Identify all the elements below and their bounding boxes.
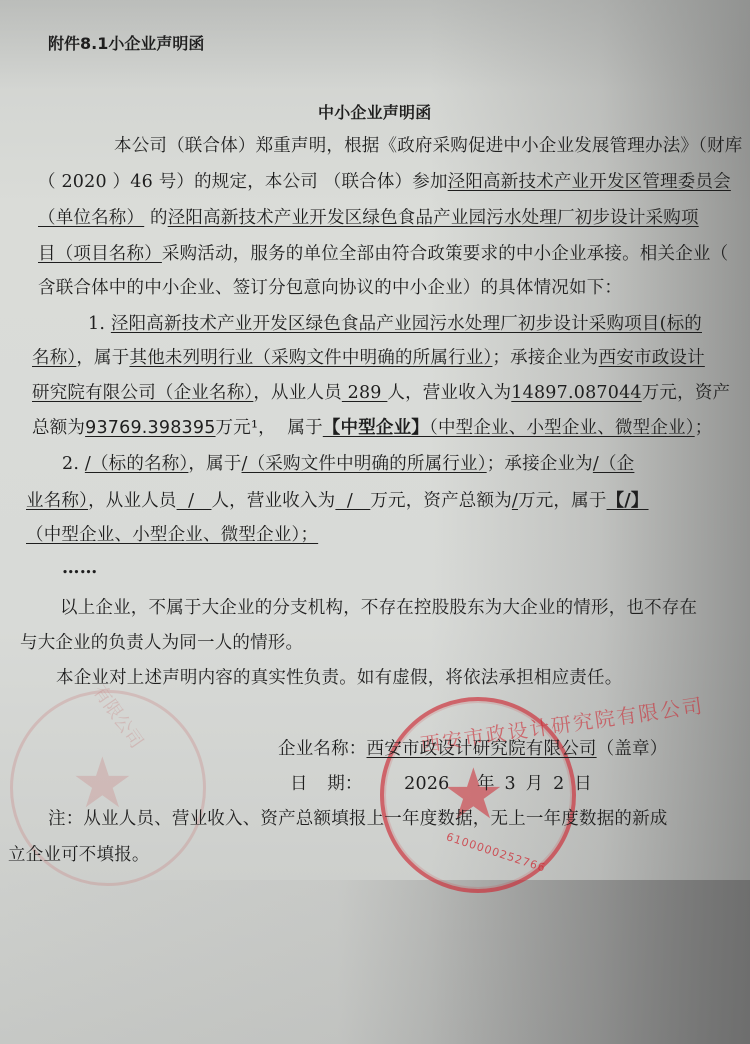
item-2-employees-suffix: 人，营业收入为 xyxy=(211,491,335,511)
signature-date-line: 日 期： 2026 年 3 月 2 日 xyxy=(290,772,592,796)
company-label: 企业名称： xyxy=(278,739,367,759)
date-month: 3 xyxy=(505,774,516,794)
intro-line-2-prefix: （ 2020 ）46 号）的规定，本公司 （联合体）参加 xyxy=(38,172,448,192)
item-2-subject: /（标的名称） xyxy=(85,454,189,474)
item-1-subject: 泾阳高新技术产业开发区绿色食品产业园污水处理厂初步设计采购项目(标的 xyxy=(111,314,702,334)
item-1-employees-suffix: 人，营业收入为 xyxy=(387,383,511,403)
item-2-industry: /（采购文件中明确的所属行业） xyxy=(242,454,487,474)
item-2-number: 2. xyxy=(62,454,79,474)
intro-line-4: 目（项目名称）采购活动，服务的单位全部由符合政策要求的中小企业承接。相关企业（ xyxy=(38,242,728,266)
item-2-company: /（企 xyxy=(593,454,635,474)
item-2-line-2: 业名称），从业人员 / 人，营业收入为 / 万元，资产总额为/万元，属于【/】 xyxy=(26,489,649,513)
item-1-line-1: 1. 泾阳高新技术产业开发区绿色食品产业园污水处理厂初步设计采购项目(标的 xyxy=(88,312,702,336)
statement-1-line-2: 与大企业的负责人为同一人的情形。 xyxy=(20,631,303,655)
date-month-unit: 月 xyxy=(526,774,544,794)
item-1-size-options: （中型企业、小型企业、微型企业） xyxy=(429,418,695,438)
date-label: 日 期： xyxy=(290,774,363,794)
signature-company-line: 企业名称：西安市政设计研究院有限公司（盖章） xyxy=(278,737,667,761)
item-2-employees: / xyxy=(177,491,212,511)
item-1-employees-prefix: ，从业人员 xyxy=(253,383,342,403)
item-2-size-options: （中型企业、小型企业、微型企业）； xyxy=(26,525,318,545)
statement-1-line-1: 以上企业，不属于大企业的分支机构，不存在控股股东为大企业的情形，也不存在 xyxy=(60,596,697,620)
item-1-belongs: ，属于 xyxy=(76,348,129,368)
intro-line-3: （单位名称） 的泾阳高新技术产业开发区绿色食品产业园污水处理厂初步设计采购项 xyxy=(38,206,699,230)
ellipsis: …… xyxy=(62,556,97,580)
item-1-industry: 其他未列明行业（采购文件中明确的所属行业） xyxy=(129,348,492,368)
item-1-assets-prefix: 总额为 xyxy=(32,418,85,438)
item-2-revenue-suffix: 万元，资产总额为 xyxy=(370,491,512,511)
intro-line-3-mid: 的 xyxy=(144,208,167,228)
unit-name: 泾阳高新技术产业开发区管理委员会 xyxy=(448,172,731,192)
item-1-revenue-suffix: 万元，资产 xyxy=(642,383,731,403)
seal-note: （盖章） xyxy=(597,739,668,759)
item-2-employees-prefix: ，从业人员 xyxy=(88,491,177,511)
item-2-company-label: 业名称） xyxy=(26,491,88,511)
date-day: 2 xyxy=(553,774,564,794)
date-day-unit: 日 xyxy=(574,774,592,794)
unit-name-label: （单位名称） xyxy=(38,208,144,228)
project-name-label: 目（项目名称） xyxy=(38,244,162,264)
item-1-revenue: 14897.087044 xyxy=(511,383,641,403)
item-1-employees: 289 xyxy=(342,383,388,403)
intro-line-5: 含联合体中的中小企业、签订分包意向协议的中小企业）的具体情况如下： xyxy=(38,276,622,300)
item-2-line-3: （中型企业、小型企业、微型企业）； xyxy=(26,523,318,547)
item-1-size-selected: 【中型企业】 xyxy=(323,418,429,438)
statement-2: 本企业对上述声明内容的真实性负责。如有虚假，将依法承担相应责任。 xyxy=(56,666,622,690)
item-1-line-2: 名称），属于其他未列明行业（采购文件中明确的所属行业）；承接企业为西安市政设计 xyxy=(32,346,705,370)
intro-line-2: （ 2020 ）46 号）的规定，本公司 （联合体）参加泾阳高新技术产业开发区管… xyxy=(38,170,731,194)
company-name: 西安市政设计研究院有限公司 xyxy=(367,739,597,759)
photo-shadow xyxy=(0,880,750,1044)
item-2-contractor-prefix: ；承接企业为 xyxy=(487,454,593,474)
item-1-subject-label: 名称） xyxy=(32,348,76,368)
attachment-title: 附件8.1小企业声明函 xyxy=(48,32,204,56)
item-2-belongs: ，属于 xyxy=(188,454,241,474)
item-1-line-4: 总额为93769.398395万元¹， 属于【中型企业】（中型企业、小型企业、微… xyxy=(32,416,712,440)
item-1-end: ； xyxy=(695,418,713,438)
intro-line-4-rest: 采购活动，服务的单位全部由符合政策要求的中小企业承接。相关企业（ xyxy=(162,244,728,264)
document-title: 中小企业声明函 xyxy=(318,101,431,125)
note-line-2: 立企业可不填报。 xyxy=(8,843,150,867)
project-name: 泾阳高新技术产业开发区绿色食品产业园污水处理厂初步设计采购项 xyxy=(168,208,699,228)
item-1-company-label: 研究院有限公司（企业名称） xyxy=(32,383,253,403)
date-year: 2026 xyxy=(404,774,449,794)
item-1-contractor-prefix: ；承接企业为 xyxy=(492,348,598,368)
item-1-line-3: 研究院有限公司（企业名称），从业人员 289 人，营业收入为14897.0870… xyxy=(32,381,730,405)
item-2-size-selected: 【/】 xyxy=(607,491,649,511)
intro-line-1: 本公司（联合体）郑重声明，根据《政府采购促进中小企业发展管理办法》（财库 xyxy=(114,134,742,158)
item-2-line-1: 2. /（标的名称），属于/（采购文件中明确的所属行业）；承接企业为/（企 xyxy=(62,452,634,476)
item-1-assets: 93769.398395 xyxy=(85,418,215,438)
item-1-company: 西安市政设计 xyxy=(599,348,705,368)
item-2-revenue: / xyxy=(335,491,370,511)
item-1-number: 1. xyxy=(88,314,105,334)
item-1-assets-suffix: 万元¹， 属于 xyxy=(216,418,323,438)
date-year-unit: 年 xyxy=(477,774,495,794)
item-2-assets-suffix: 万元，属于 xyxy=(518,491,607,511)
note-line-1: 注：从业人员、营业收入、资产总额填报上一年度数据，无上一年度数据的新成 xyxy=(48,807,668,831)
